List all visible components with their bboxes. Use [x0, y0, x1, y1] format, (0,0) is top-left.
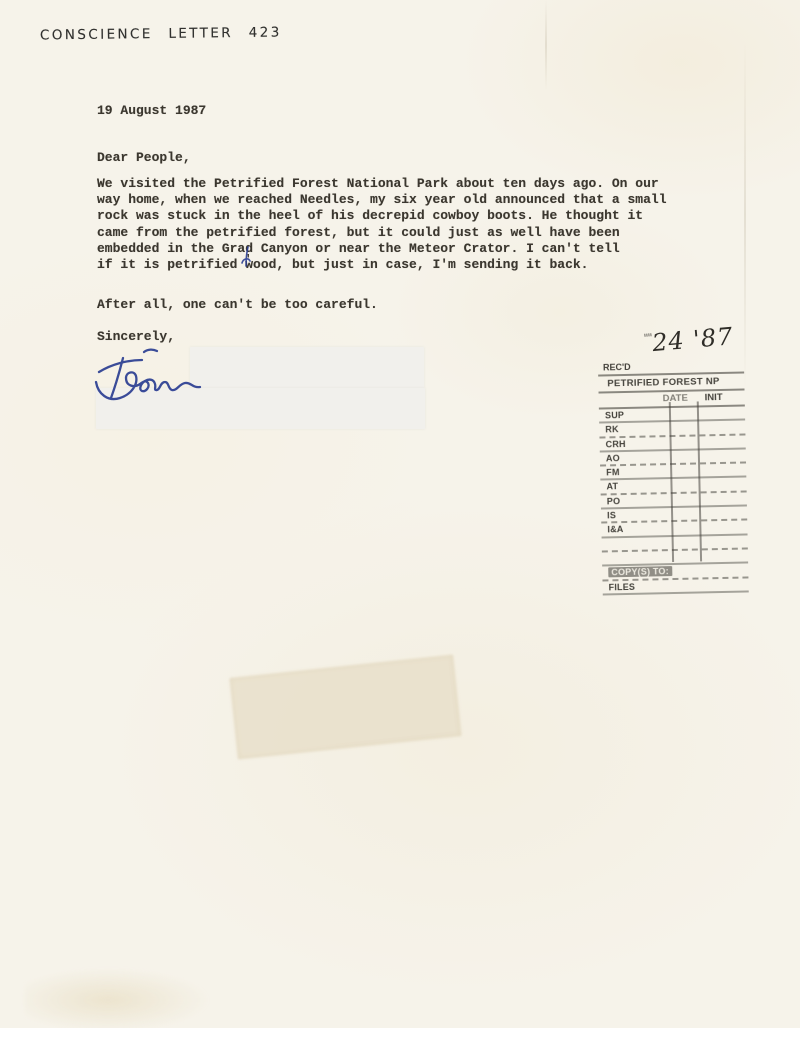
letter-salutation: Dear People,: [97, 150, 191, 166]
paper-crease-top: [545, 0, 547, 90]
received-date-handwriting: ''''24 '87: [643, 322, 735, 358]
paper-crease-right: [744, 40, 746, 390]
letter-closing-line: After all, one can't be too careful.: [97, 297, 378, 313]
received-date-tick-marks: '''': [643, 331, 652, 345]
scan-edge-bottom: [0, 1028, 800, 1040]
letter-body: We visited the Petrified Forest National…: [97, 176, 697, 273]
stamp-row-files: FILES: [602, 578, 748, 595]
stamp-init-column-header: INIT: [705, 391, 723, 405]
letter-signoff: Sincerely,: [97, 329, 175, 345]
scanned-letter-page: CONSCIENCE LETTER 423 19 August 1987 Dea…: [0, 0, 800, 1040]
tape-residue-mark: [229, 654, 461, 759]
letter-date: 19 August 1987: [97, 103, 206, 119]
stamp-date-column-header: DATE: [663, 392, 688, 407]
stray-apostrophe-mark: ': [245, 254, 252, 266]
handwritten-annotation: CONSCIENCE LETTER 423: [40, 25, 282, 44]
paper-smudge-bottom-left: [25, 968, 210, 1032]
stamp-copy-to-label: COPY(S) TO:: [608, 566, 672, 577]
signature-jean: [90, 344, 300, 408]
received-routing-stamp: REC'D PETRIFIED FOREST NP DATE INIT SUP …: [598, 358, 748, 565]
received-date-value: 24 '87: [651, 322, 734, 357]
